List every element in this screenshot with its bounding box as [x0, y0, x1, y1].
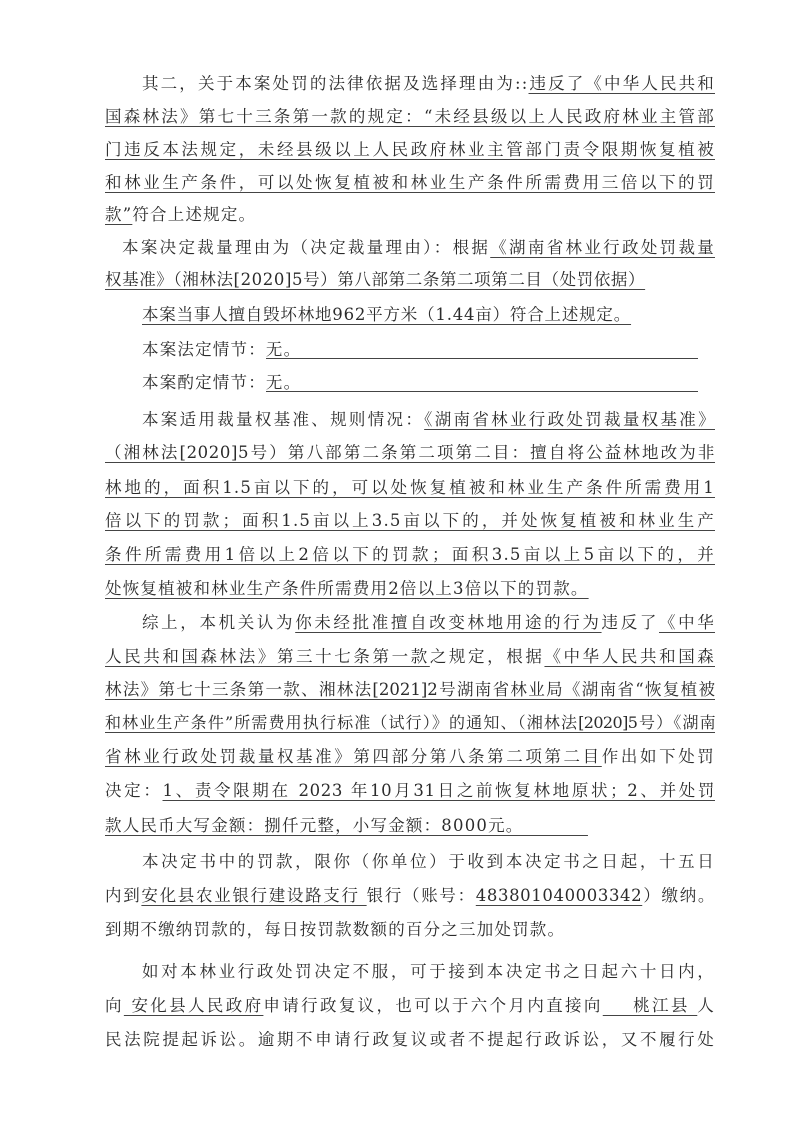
legal-basis-line-3: 门违反本法规定，未经县级以上人民政府林业主管部门责令限期恢复植被	[105, 136, 715, 164]
standard-line-1: 本案适用裁量权基准、规则情况：《湖南省林业行政处罚裁量权基准》	[142, 406, 715, 434]
text-segment-underlined: 林法》第七十三条第一款、湘林法[2021]2号湖南省林业局《湖南省“恢复植被	[105, 680, 715, 699]
statutory-circumstances-row: 本案法定情节：无。	[142, 336, 715, 364]
discretion-line-1: 本案决定裁量理由为（决定裁量理由）：根据《湖南省林业行政处罚裁量	[122, 234, 715, 262]
discretion-line-3: 本案当事人擅自毁坏林地962平方米（1.44亩）符合上述规定。	[142, 301, 752, 329]
text-segment-underlined: 省林业行政处罚裁量权基准》第四部分第八条第二项第二目	[105, 747, 602, 766]
conclusion-line-5: 省林业行政处罚裁量权基准》第四部分第八条第二项第二目作出如下处罚	[105, 743, 715, 771]
legal-basis-line-5: 款”符合上述规定。	[105, 201, 715, 229]
legal-basis-line-1: 其二，关于本案处罚的法律依据及选择理由为::违反了《中华人民共和	[142, 70, 715, 98]
text-segment: 本案适用裁量权基准、规则情况：	[142, 410, 424, 429]
text-segment-underlined: 林地的，面积1.5亩以下的，可以处恢复植被和林业生产条件所需费用1	[105, 478, 715, 497]
text-segment: 本决定书中的罚款，限你（你单位）于收到本决定书之日起，十五日	[142, 852, 715, 871]
court-county: 桃江县	[603, 996, 698, 1015]
conclusion-line-2: 人民共和国森林法》第三十七条第一款之规定，根据《中华人民共和国森	[105, 643, 715, 671]
text-segment: 如对本林业行政处罚决定不服，可于接到本决定书之日起六十日内，	[142, 962, 715, 981]
account-number: 483801040003342	[476, 886, 642, 905]
text-segment: 其二，关于本案处罚的法律依据及选择理由为::	[142, 74, 529, 93]
text-segment-underlined: 《中华	[659, 613, 715, 632]
bank-name: 安化县农业银行建设路支行	[141, 886, 366, 905]
standard-line-2: （湘林法[2020]5号）第八部第二条第二项第二目：擅自将公益林地改为非	[105, 439, 715, 467]
conclusion-line-1: 综上，本机关认为你未经批准擅自改变林地用途的行为违反了《中华	[142, 609, 715, 637]
review-authority: 安化县人民政府	[124, 996, 264, 1015]
conclusion-line-6: 决定：1、责令限期在 2023 年10月31日之前恢复林地原状；2、并处罚	[105, 777, 715, 805]
text-segment-underlined: 《湖南省林业行政处罚裁量权基准》	[424, 410, 715, 429]
text-segment-underlined: 权基准》（湘林法[2020]5号）第八部第二条第二项第二目（处罚依据）	[105, 270, 645, 289]
standard-line-4: 倍以下的罚款；面积1.5亩以上3.5亩以下的，并处恢复植被和林业生产	[105, 507, 715, 535]
text-segment-underlined: 你未经批准擅自改变林地用途的行为	[295, 613, 601, 632]
text-segment: 向	[105, 996, 124, 1015]
text-segment: 符合上述规定。	[132, 205, 256, 224]
appeal-line-3: 民法院提起诉讼。逾期不申请行政复议或者不提起行政诉讼，又不履行处	[105, 1026, 715, 1054]
text-segment-underlined: 倍以下的罚款；面积1.5亩以上3.5亩以下的，并处恢复植被和林业生产	[105, 511, 715, 530]
appeal-line-2: 向 安化县人民政府申请行政复议，也可以于六个月内直接向 桃江县 人	[105, 992, 715, 1020]
statutory-value: 无。	[266, 340, 301, 359]
discretionary-value: 无。	[266, 373, 301, 392]
text-segment-underlined: 和林业生产条件，可以处恢复植被和林业生产条件所需费用三倍以下的罚	[105, 173, 715, 192]
payment-line-2: 内到安化县农业银行建设路支行 银行（账号：483801040003342）缴纳。	[105, 882, 715, 910]
discretionary-circumstances-row: 本案酌定情节：无。	[142, 369, 715, 397]
statutory-label: 本案法定情节：	[142, 340, 266, 359]
appeal-line-1: 如对本林业行政处罚决定不服，可于接到本决定书之日起六十日内，	[142, 958, 715, 986]
conclusion-line-3: 林法》第七十三条第一款、湘林法[2021]2号湖南省林业局《湖南省“恢复植被	[105, 676, 715, 704]
payment-line-1: 本决定书中的罚款，限你（你单位）于收到本决定书之日起，十五日	[142, 848, 715, 876]
conclusion-line-4: 和林业生产条件”所需费用执行标准（试行）》的通知、（湘林法[2020]5号）《湖…	[105, 709, 715, 737]
text-segment-underlined: （湘林法[2020]5号）第八部第二条第二项第二目：擅自将公益林地改为非	[105, 443, 715, 462]
text-segment-underlined: 人民共和国森林法》第三十七条第一款	[105, 647, 430, 666]
text-segment-underlined: 款人民币大写金额：捌仟元整，小写金额：8000元。	[105, 816, 524, 835]
text-segment: 本案决定裁量理由为（决定裁量理由）：根据	[122, 238, 490, 257]
text-segment: 内到	[105, 886, 141, 905]
legal-basis-line-2: 国森林法》第七十三条第一款的规定：“未经县级以上人民政府林业主管部	[105, 103, 715, 131]
discretionary-value-field: 无。	[266, 369, 698, 392]
text-segment: 作出如下处罚	[602, 747, 715, 766]
text-segment: 决定：	[105, 781, 163, 800]
standard-line-6: 处恢复植被和林业生产条件所需费用2倍以上3倍以下的罚款。	[105, 575, 715, 603]
standard-line-3: 林地的，面积1.5亩以下的，可以处恢复植被和林业生产条件所需费用1	[105, 474, 715, 502]
text-segment-underlined: 门违反本法规定，未经县级以上人民政府林业主管部门责令限期恢复植被	[105, 140, 715, 159]
text-segment: 人	[697, 996, 715, 1015]
discretion-line-2: 权基准》（湘林法[2020]5号）第八部第二条第二项第二目（处罚依据）	[105, 266, 715, 294]
legal-basis-line-4: 和林业生产条件，可以处恢复植被和林业生产条件所需费用三倍以下的罚	[105, 169, 715, 197]
conclusion-line-7: 款人民币大写金额：捌仟元整，小写金额：8000元。	[105, 812, 665, 840]
standard-line-5: 条件所需费用1倍以上2倍以下的罚款；面积3.5亩以上5亩以下的，并	[105, 541, 715, 569]
text-segment: 违反了	[602, 613, 659, 632]
document-page: 其二，关于本案处罚的法律依据及选择理由为::违反了《中华人民共和 国森林法》第七…	[0, 0, 793, 1122]
text-segment-underlined: 处恢复植被和林业生产条件所需费用2倍以上3倍以下的罚款。	[105, 579, 589, 598]
text-segment-underlined: 1、责令限期在 2023 年10月31日之前恢复林地原状；2、并处罚	[163, 781, 716, 800]
discretionary-label: 本案酌定情节：	[142, 373, 266, 392]
text-segment: 到期不缴纳罚款的，每日按罚款数额的百分之三加处罚款。	[105, 920, 565, 939]
text-segment: 之规定，根据	[430, 647, 545, 666]
text-segment-underlined: 条件所需费用1倍以上2倍以下的罚款；面积3.5亩以上5亩以下的，并	[105, 545, 715, 564]
text-segment-underlined: 和林业生产条件”所需费用执行标准（试行）》的通知、（湘林法[2020]5号）《湖…	[105, 713, 715, 732]
text-segment-underlined: 国森林法》第七十三条第一款的规定：“未经县级以上人民政府林业主管部	[105, 107, 715, 126]
text-segment-underlined: 违反了《中华人民共和	[529, 74, 716, 93]
underline-padding	[524, 816, 588, 835]
text-segment-underlined: 本案当事人擅自毁坏林地962平方米（1.44亩）符合上述规定。	[142, 305, 631, 324]
text-segment-underlined: 款”	[105, 205, 132, 224]
payment-line-3: 到期不缴纳罚款的，每日按罚款数额的百分之三加处罚款。	[105, 916, 715, 944]
text-segment: 银行（账号：	[367, 886, 476, 905]
text-segment-underlined: 《湖南省林业行政处罚裁量	[490, 238, 715, 257]
text-segment: 民法院提起诉讼。逾期不申请行政复议或者不提起行政诉讼，又不履行处	[105, 1030, 715, 1049]
text-segment: 综上，本机关认为	[142, 613, 295, 632]
text-segment: 申请行政复议，也可以于六个月内直接向	[263, 996, 602, 1015]
text-segment: ）缴纳。	[642, 886, 715, 905]
statutory-value-field: 无。	[266, 336, 698, 359]
text-segment-underlined: 《中华人民共和国森	[544, 647, 715, 666]
